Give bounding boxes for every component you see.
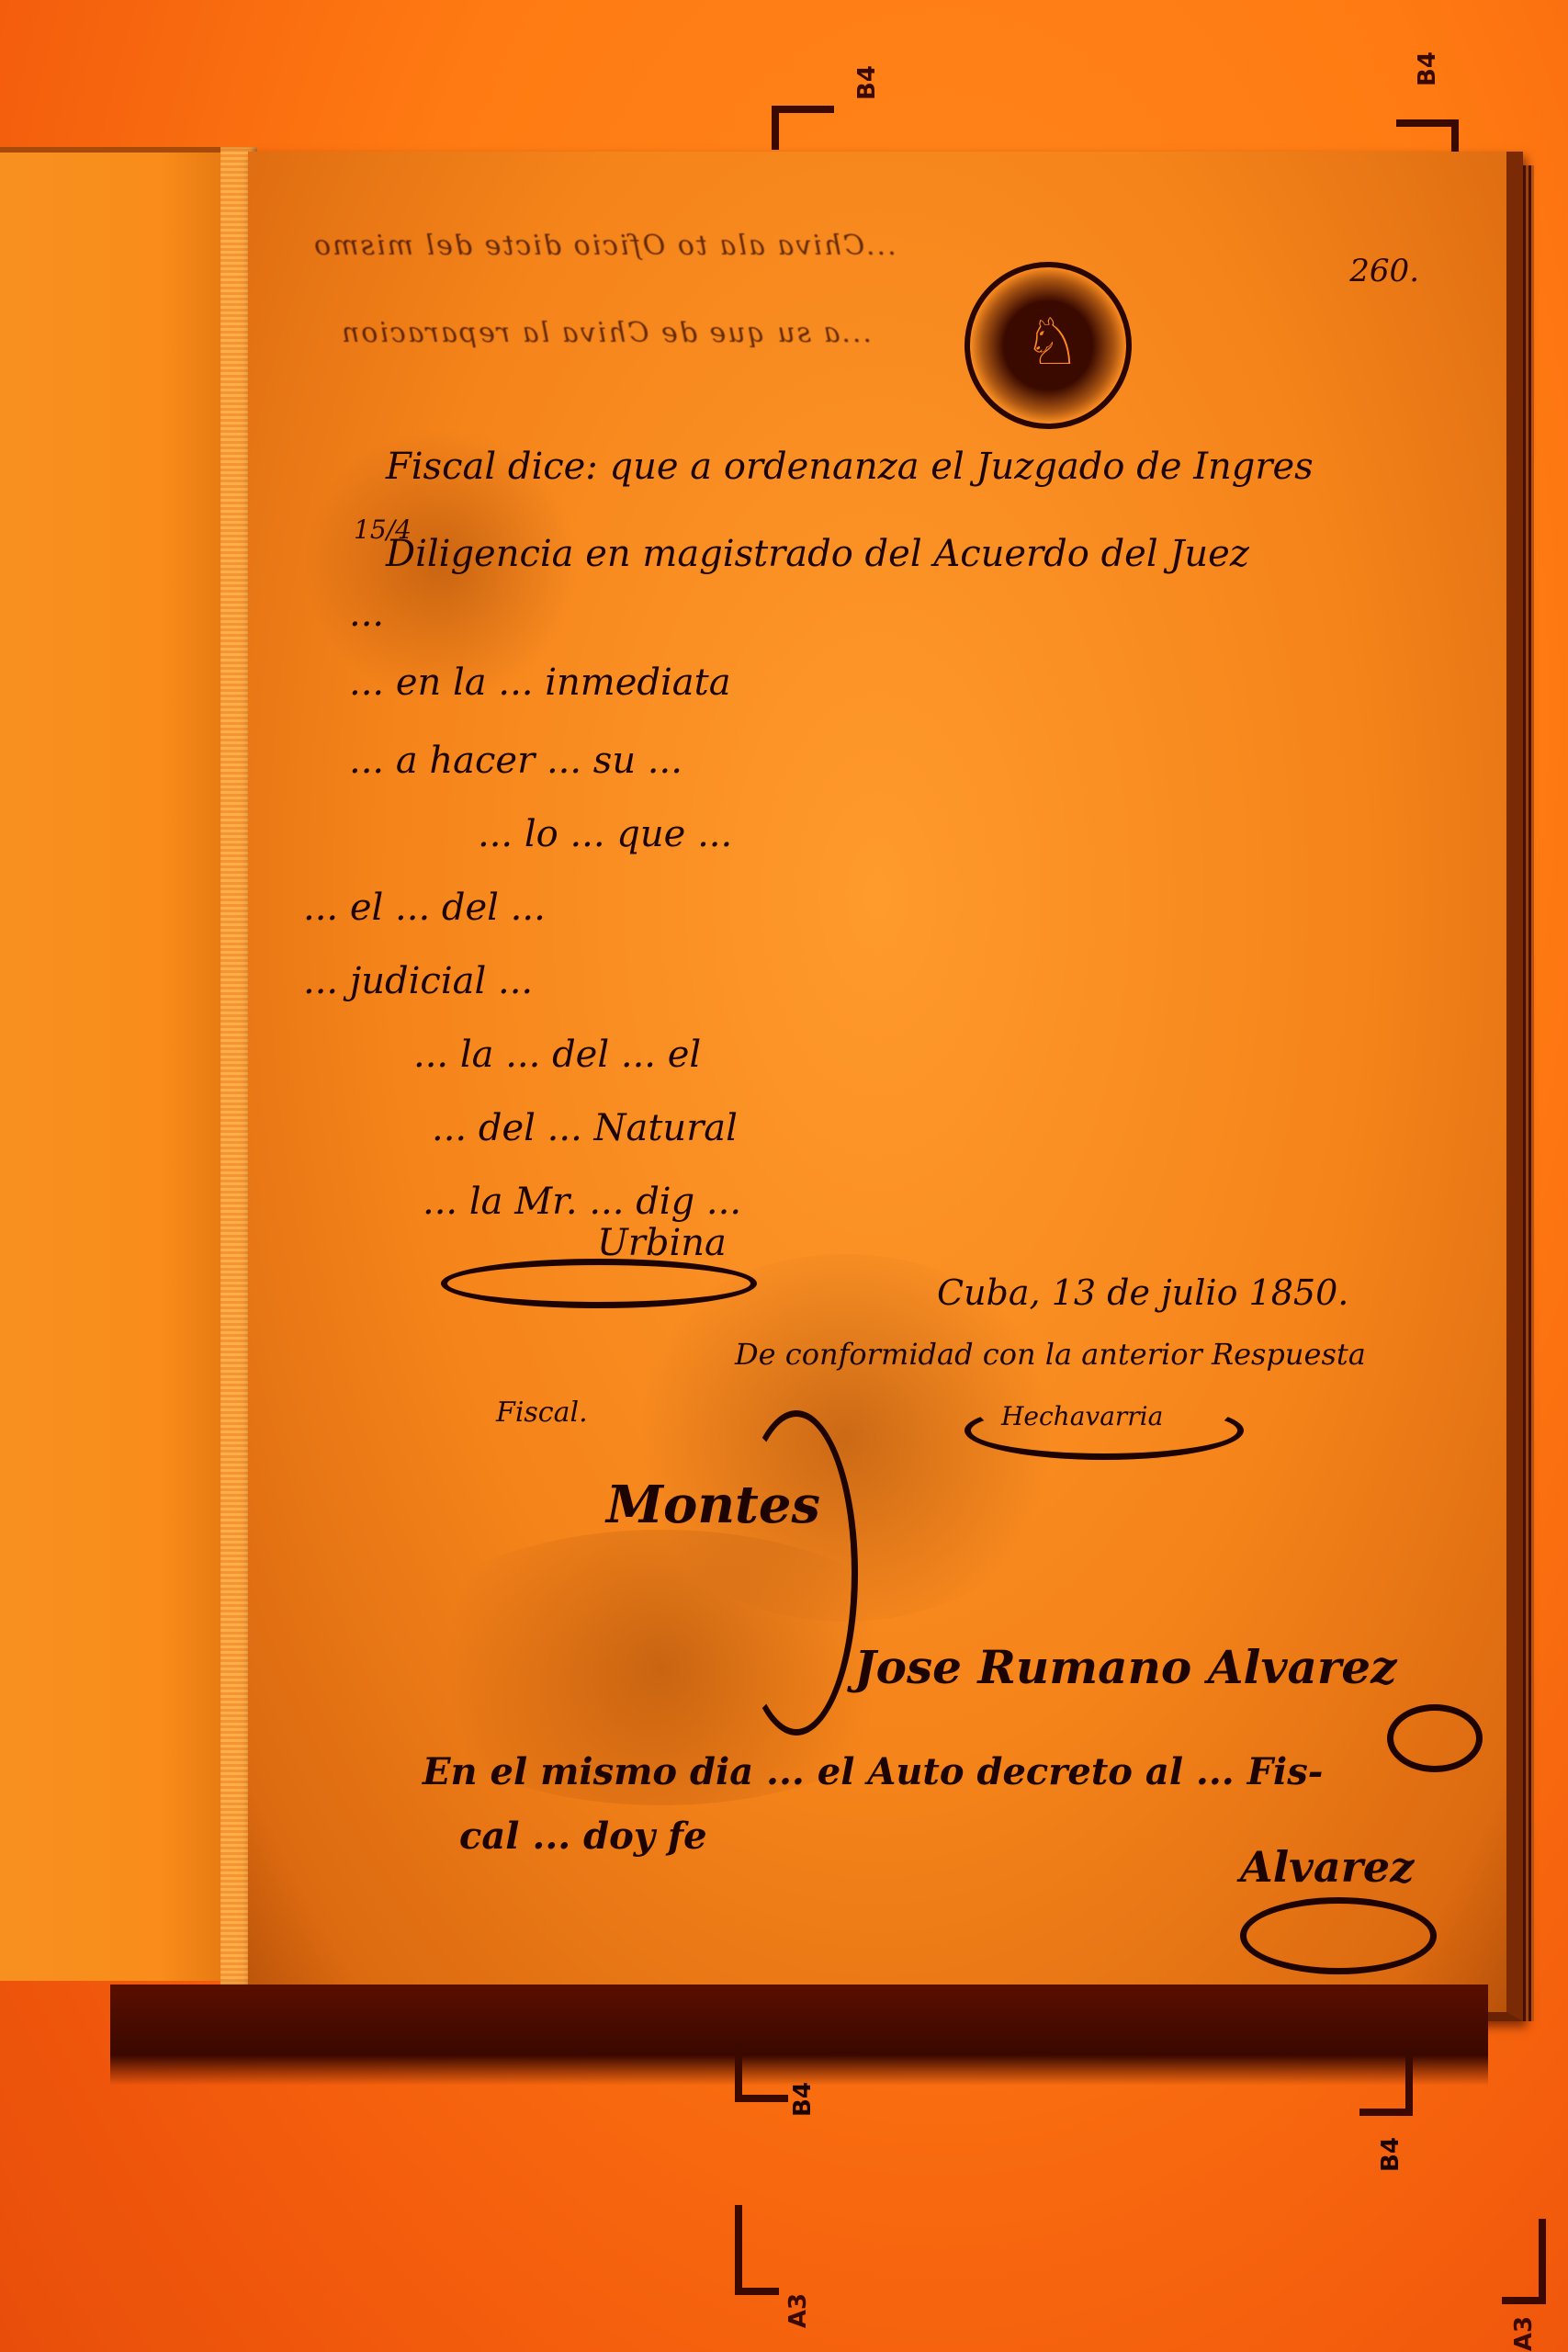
body-line: ... del ... Natural bbox=[432, 1107, 738, 1149]
body-line: Diligencia en magistrado del Acuerdo del… bbox=[386, 533, 1249, 575]
signature-paraph bbox=[1387, 1704, 1483, 1772]
crop-label-top-right: B4 bbox=[1414, 51, 1441, 86]
fiscal-label: Fiscal. bbox=[496, 1396, 588, 1429]
crop-mark-bottom-left-inner bbox=[735, 2044, 788, 2102]
date-line: Cuba, 13 de julio 1850. bbox=[937, 1272, 1348, 1313]
signature-underline bbox=[964, 1401, 1244, 1460]
body-line: ... lo ... que ... bbox=[478, 813, 732, 855]
left-facing-page bbox=[0, 147, 230, 1981]
body-line: ... la Mr. ... dig ... bbox=[423, 1181, 741, 1223]
crop-mark-bottom-right-outer bbox=[1502, 2219, 1546, 2304]
bleed-through-line: ...a su que de Chiva la reparacion bbox=[340, 317, 872, 349]
crop-mark-top-right bbox=[1396, 119, 1459, 154]
body-line: ... el ... del ... bbox=[303, 887, 546, 929]
manuscript-page: 260. ♘ ...Chiva ala to Oficio dicte del … bbox=[248, 152, 1523, 2021]
binding-shadow bbox=[110, 1984, 1488, 2086]
body-line: ... la ... del ... el bbox=[413, 1034, 701, 1076]
crop-label-bottom-right-outer: A3 bbox=[1510, 2316, 1538, 2351]
crop-label-bottom-left-inner: B4 bbox=[789, 2082, 817, 2117]
signature-alvarez: Alvarez bbox=[1240, 1842, 1414, 1892]
body-line: ... judicial ... bbox=[303, 960, 533, 1002]
signature-flourish bbox=[441, 1259, 757, 1308]
signature-loop bbox=[735, 1410, 858, 1736]
crop-label-bottom-left-outer: A3 bbox=[784, 2293, 812, 2328]
signature-jose-alvarez: Jose Rumano Alvarez bbox=[854, 1640, 1396, 1694]
crop-label-bottom-right-inner: B4 bbox=[1377, 2137, 1404, 2172]
crop-mark-bottom-right-inner bbox=[1359, 2049, 1413, 2116]
crop-mark-bottom-left-outer bbox=[735, 2205, 779, 2295]
closing-line: En el mismo dia ... el Auto decreto al .… bbox=[423, 1750, 1323, 1793]
body-line: ... bbox=[349, 593, 384, 635]
official-seal: ♘ bbox=[964, 262, 1132, 429]
crop-mark-top-left bbox=[772, 106, 834, 150]
folio-number: 260. bbox=[1349, 253, 1419, 289]
seal-figure-icon: ♘ bbox=[1023, 304, 1081, 379]
body-line: ... a hacer ... su ... bbox=[349, 740, 682, 782]
crop-label-top-left: B4 bbox=[853, 65, 881, 100]
closing-line: cal ... doy fe bbox=[459, 1815, 707, 1858]
body-line: Urbina bbox=[597, 1222, 727, 1264]
bleed-through-line: ...Chiva ala to Oficio dicte del mismo bbox=[312, 230, 897, 262]
body-line: ... en la ... inmediata bbox=[349, 661, 731, 704]
body-line: Fiscal dice: que a ordenanza el Juzgado … bbox=[386, 446, 1314, 488]
conformity-line: De conformidad con la anterior Respuesta bbox=[735, 1337, 1366, 1372]
signature-final-paraph bbox=[1240, 1897, 1437, 1974]
